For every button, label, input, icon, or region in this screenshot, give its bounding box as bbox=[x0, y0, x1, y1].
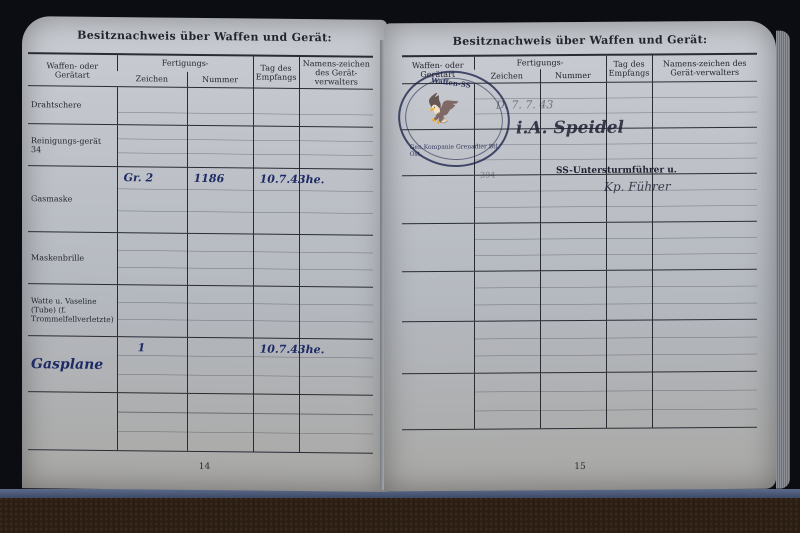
left-page: Besitznachweis über Waffen und Gerät: Wa… bbox=[22, 16, 387, 492]
table-row: Maskenbrille bbox=[28, 232, 373, 288]
table-row: Gasplane 1 10.7.43 he. bbox=[28, 336, 373, 396]
handwritten-initials: he. bbox=[306, 343, 325, 356]
mark-cell bbox=[117, 87, 187, 126]
item-label: Gasplane bbox=[28, 336, 117, 393]
signature-cell bbox=[299, 234, 373, 287]
cork-surface bbox=[0, 497, 800, 533]
handwritten-mark: 1 bbox=[138, 341, 146, 354]
number-cell: 1186 bbox=[187, 167, 253, 234]
number-cell bbox=[187, 285, 253, 338]
signature-cell: he. bbox=[299, 338, 373, 395]
number-cell bbox=[187, 125, 253, 168]
item-label bbox=[28, 392, 117, 451]
date-cell: 10.7.43 bbox=[253, 338, 299, 394]
eagle-emblem-icon: 🦅 bbox=[423, 91, 462, 128]
table-row bbox=[402, 269, 757, 321]
date-cell bbox=[253, 286, 299, 338]
mark-cell bbox=[117, 233, 187, 286]
table-row: Drahtschere bbox=[28, 86, 373, 128]
handwritten-initials: he. bbox=[306, 173, 325, 186]
col-signature: Namens-zeichen des Gerät-verwalters bbox=[652, 54, 757, 82]
table-row: Reinigungs-gerät 34 bbox=[28, 124, 373, 170]
table-row bbox=[402, 319, 757, 373]
stamp-bottom-text: Gen.Kompanie Grenadier Btl. Ost. bbox=[410, 143, 504, 158]
table-row: Watte u. Vaseline (Tube) (f. Trommelfell… bbox=[28, 284, 373, 340]
date-cell bbox=[253, 88, 299, 126]
col-mark: Zeichen bbox=[117, 71, 187, 88]
table-row bbox=[402, 221, 757, 271]
col-date: Tag des Empfangs bbox=[606, 54, 652, 82]
item-label: Maskenbrille bbox=[28, 232, 117, 285]
item-label: Drahtschere bbox=[28, 86, 117, 125]
item-label: Reinigungs-gerät 34 bbox=[28, 124, 117, 167]
number-cell bbox=[187, 393, 253, 452]
equipment-table: Waffen- oder Gerätart Fertigungs- Tag de… bbox=[28, 52, 373, 454]
number-cell bbox=[187, 337, 253, 394]
mark-cell bbox=[117, 125, 187, 168]
page-title: Besitznachweis über Waffen und Gerät: bbox=[22, 28, 387, 45]
table-row bbox=[402, 371, 757, 429]
mark-cell bbox=[117, 393, 187, 452]
col-signature: Namens-zeichen des Gerät-verwalters bbox=[299, 56, 373, 89]
col-date: Tag des Empfangs bbox=[253, 56, 299, 89]
page-number: 14 bbox=[22, 460, 387, 474]
signature-cell: he. bbox=[299, 168, 373, 235]
table-row bbox=[28, 392, 373, 454]
handwritten-signature: i.A. Speidel bbox=[516, 118, 624, 139]
number-cell bbox=[187, 87, 253, 126]
handwritten-date-line: D. 7. 7. 43 bbox=[496, 98, 553, 111]
col-item: Waffen- oder Gerätart bbox=[28, 53, 117, 86]
signature-cell bbox=[299, 286, 373, 339]
mark-cell bbox=[117, 285, 187, 338]
page-number: 15 bbox=[384, 461, 776, 474]
right-page: Besitznachweis über Waffen und Gerät: Wa… bbox=[384, 21, 776, 492]
date-cell: 10.7.43 bbox=[253, 168, 299, 234]
handwritten-mark: Gr. 2 bbox=[124, 171, 154, 184]
signature-cell bbox=[299, 126, 373, 169]
col-number: Nummer bbox=[187, 71, 253, 88]
mark-cell: Gr. 2 bbox=[117, 167, 187, 234]
table-row: Gasmaske Gr. 2 1186 10.7.43 he. bbox=[28, 166, 373, 236]
handwritten-number: 1186 bbox=[194, 172, 225, 185]
handwritten-role: Kp. Führer bbox=[604, 179, 671, 193]
date-cell bbox=[253, 394, 299, 452]
handwritten-item: Gasplane bbox=[31, 356, 103, 373]
date-cell bbox=[253, 126, 299, 168]
number-cell bbox=[187, 233, 253, 286]
mark-cell: 1 bbox=[117, 337, 187, 394]
rank-stamp: SS-Untersturmführer u. bbox=[556, 165, 677, 176]
signature-cell bbox=[299, 88, 373, 127]
page-title: Besitznachweis über Waffen und Gerät: bbox=[384, 33, 776, 49]
item-label: Gasmaske bbox=[28, 166, 117, 233]
item-label: Watte u. Vaseline (Tube) (f. Trommelfell… bbox=[28, 284, 117, 337]
col-manufacture: Fertigungs- bbox=[474, 55, 606, 70]
faint-number: 394 bbox=[480, 171, 495, 180]
col-manufacture: Fertigungs- bbox=[117, 54, 253, 72]
col-number: Nummer bbox=[540, 69, 606, 83]
date-cell bbox=[253, 234, 299, 286]
signature-cell bbox=[299, 394, 373, 453]
table-row bbox=[402, 173, 757, 223]
